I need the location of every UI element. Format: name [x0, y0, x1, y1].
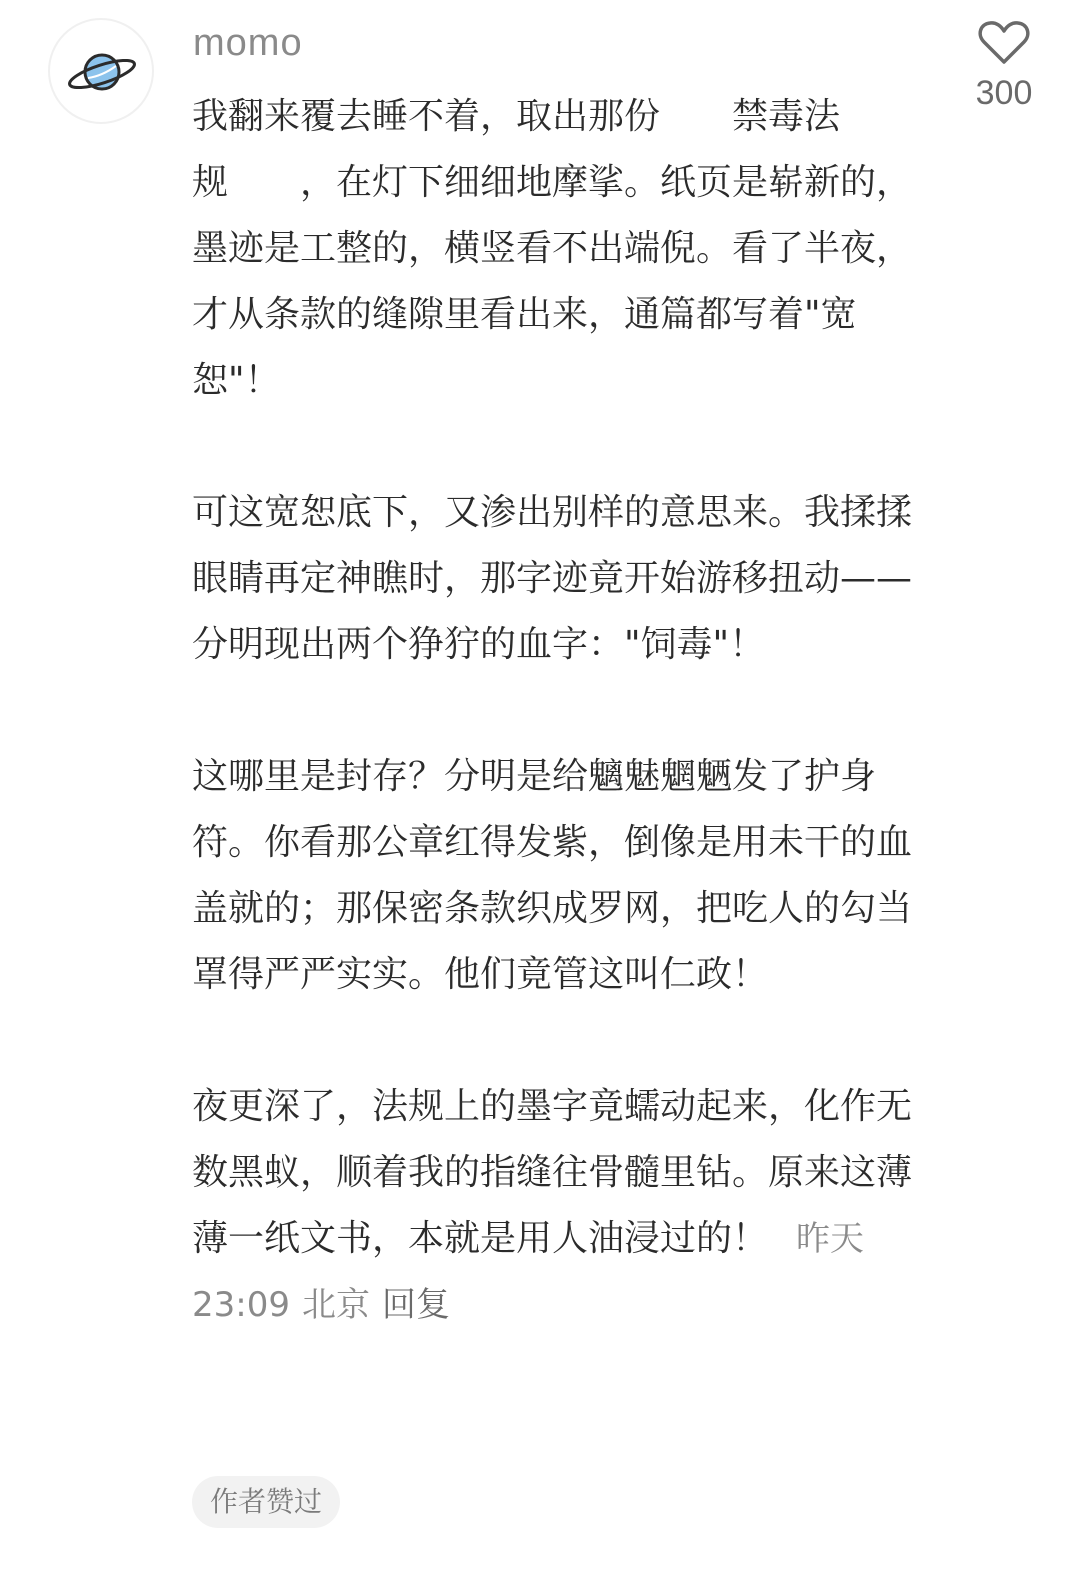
comment-location: 北京	[302, 1285, 370, 1325]
avatar[interactable]	[48, 18, 154, 124]
author-name[interactable]: momo	[193, 22, 303, 65]
comment-paragraph: 可这宽恕底下，又渗出别样的意思来。我揉揉眼睛再定神瞧时，那字迹竟开始游移扭动——…	[192, 480, 916, 678]
author-liked-badge: 作者赞过	[192, 1476, 340, 1528]
comment-body: 我翻来覆去睡不着，取出那份 禁毒法规 ，在灯下细细地摩挲。纸页是崭新的，墨迹是工…	[192, 84, 916, 1338]
like-count: 300	[962, 74, 1046, 113]
like-button[interactable]: 300	[962, 20, 1046, 113]
planet-icon	[64, 42, 140, 102]
reply-button[interactable]: 回复	[382, 1285, 450, 1325]
comment-paragraph: 这哪里是封存？分明是给魑魅魍魉发了护身符。你看那公章红得发紫，倒像是用未干的血盖…	[192, 744, 916, 1008]
heart-outline-icon	[978, 20, 1030, 66]
comment-paragraph: 我翻来覆去睡不着，取出那份 禁毒法规 ，在灯下细细地摩挲。纸页是崭新的，墨迹是工…	[192, 84, 916, 414]
comment-paragraph-last: 夜更深了，法规上的墨字竟蠕动起来，化作无数黑蚁，顺着我的指缝往骨髓里钻。原来这薄…	[192, 1074, 916, 1338]
